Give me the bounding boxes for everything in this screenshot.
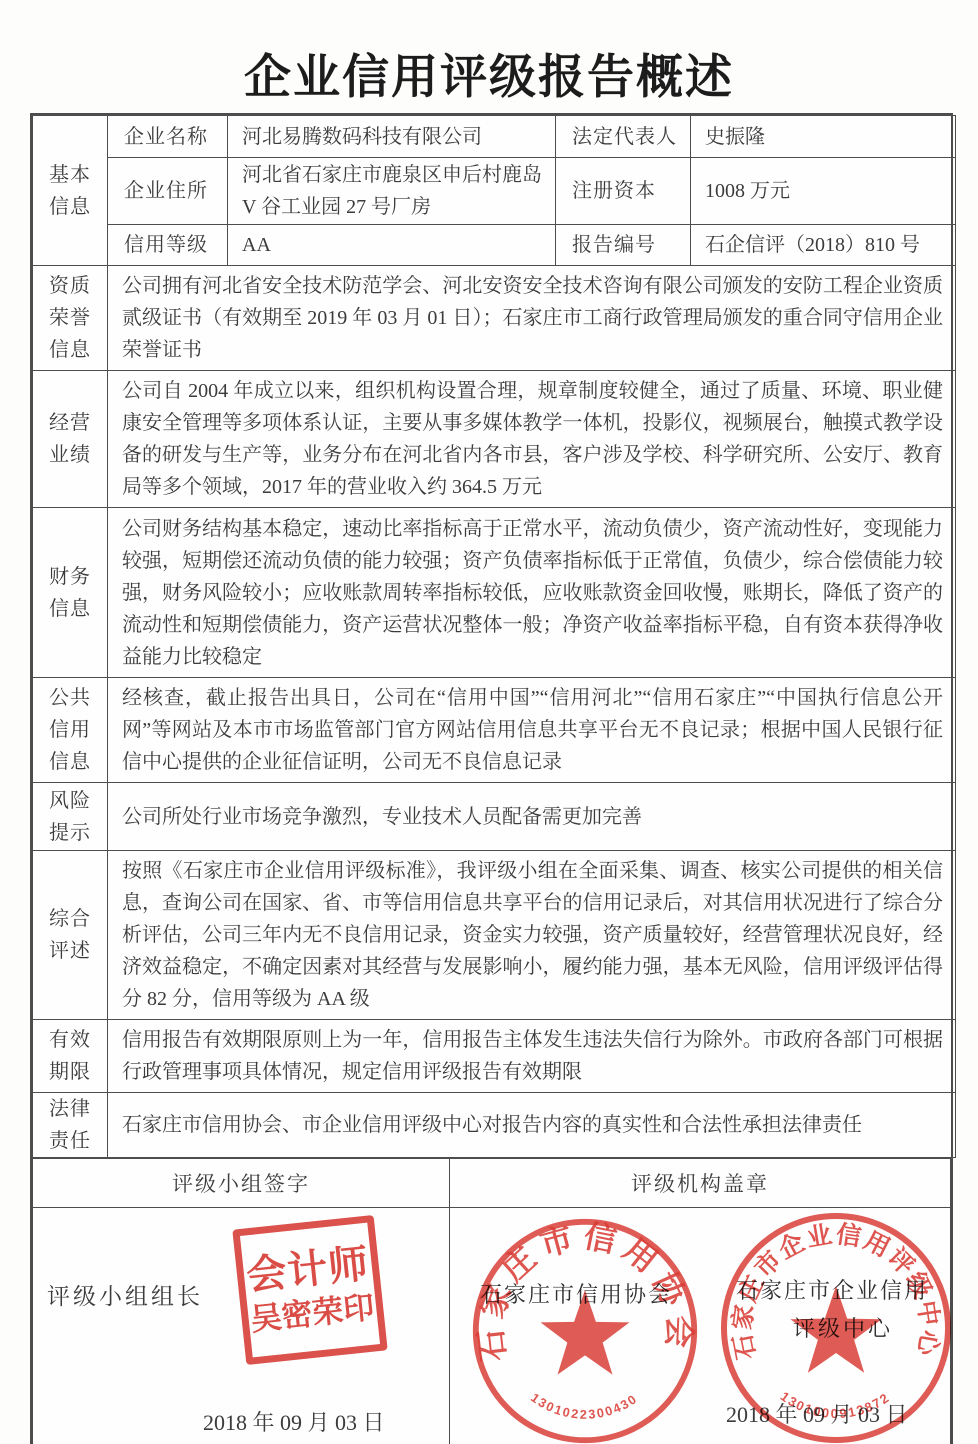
section-label-business-performance: 经营业绩 <box>33 371 108 508</box>
accountant-square-stamp: 会计师 吴密荣印 <box>232 1215 387 1365</box>
section-label-risk-warning: 风险提示 <box>33 783 108 851</box>
table-row: 公共信用信息 经核查，截止报告出具日，公司在“信用中国”“信用河北”“信用石家庄… <box>33 678 956 783</box>
section-text-business-performance: 公司自 2004 年成立以来，组织机构设置合理，规章制度较健全，通过了质量、环境… <box>108 371 956 508</box>
section-label-public-credit-info: 公共信用信息 <box>33 678 108 783</box>
table-row: 有效期限 信用报告有效期限原则上为一年，信用报告主体发生违法失信行为除外。市政府… <box>33 1020 956 1093</box>
table-row: 企业住所 河北省石家庄市鹿泉区申后村鹿岛 V 谷工业园 27 号厂房 注册资本 … <box>33 158 956 225</box>
section-label-validity-period: 有效期限 <box>33 1020 108 1093</box>
star-icon <box>790 1286 881 1373</box>
section-label-financial-info: 财务信息 <box>33 508 108 678</box>
section-text-financial-info: 公司财务结构基本稳定，速动比率指标高于正常水平，流动负债少，资产流动性好，变现能… <box>108 508 956 678</box>
field-label-company-name: 企业名称 <box>108 116 228 158</box>
section-label-legal-liability: 法律责任 <box>33 1093 108 1158</box>
table-row: 综合评述 按照《石家庄市企业信用评级标准》，我评级小组在全面采集、调查、核实公司… <box>33 851 956 1020</box>
field-value-credit-rating: AA <box>228 225 556 266</box>
report-page: 企业信用评级报告概述 基本信息 企业名称 河北易腾数码科技有限公司 法定代表人 … <box>0 0 978 1444</box>
page-title: 企业信用评级报告概述 <box>0 40 978 107</box>
field-label-legal-representative: 法定代表人 <box>556 116 691 158</box>
table-row: 风险提示 公司所处行业市场竞争激烈，专业技术人员配备需更加完善 <box>33 783 956 851</box>
field-value-company-name: 河北易腾数码科技有限公司 <box>228 116 556 158</box>
field-value-registered-capital: 1008 万元 <box>691 158 956 225</box>
table-row: 财务信息 公司财务结构基本稳定，速动比率指标高于正常水平，流动负债少，资产流动性… <box>33 508 956 678</box>
group-leader-label: 评级小组组长 <box>47 1278 203 1311</box>
signature-header-row: 评级小组签字 评级机构盖章 <box>33 1159 951 1208</box>
section-text-risk-warning: 公司所处行业市场竞争激烈，专业技术人员配备需更加完善 <box>108 783 956 851</box>
signature-body-row: 评级小组组长 会计师 吴密荣印 2018 年 09 月 03 日 石家庄市信用协… <box>33 1208 951 1444</box>
rating-center-seal-icon: 石家庄市企业信用评级中心 1301000913872 <box>716 1208 956 1444</box>
section-text-qualification-honor: 公司拥有河北省安全技术防范学会、河北安资安全技术咨询有限公司颁发的安防工程企业资… <box>108 266 956 371</box>
svg-text:1301022300430: 1301022300430 <box>528 1391 640 1422</box>
table-row: 信用等级 AA 报告编号 石企信评（2018）810 号 <box>33 225 956 266</box>
agency-seal-cell: 石家庄市信用协会 石家庄市企业信用 评级中心 2018 年 09 月 03 日 … <box>450 1208 951 1444</box>
svg-text:1301000913872: 1301000913872 <box>778 1388 893 1421</box>
table-row: 资质荣誉信息 公司拥有河北省安全技术防范学会、河北安资安全技术咨询有限公司颁发的… <box>33 266 956 371</box>
section-text-legal-liability: 石家庄市信用协会、市企业信用评级中心对报告内容的真实性和合法性承担法律责任 <box>108 1093 956 1158</box>
field-label-credit-rating: 信用等级 <box>108 225 228 266</box>
field-value-company-address: 河北省石家庄市鹿泉区申后村鹿岛 V 谷工业园 27 号厂房 <box>228 158 556 225</box>
signature-group-cell: 评级小组组长 会计师 吴密荣印 2018 年 09 月 03 日 <box>33 1208 450 1444</box>
table-row: 基本信息 企业名称 河北易腾数码科技有限公司 法定代表人 史振隆 <box>33 116 956 158</box>
section-text-comprehensive-review: 按照《石家庄市企业信用评级标准》，我评级小组在全面采集、调查、核实公司提供的相关… <box>108 851 956 1020</box>
star-icon <box>541 1290 630 1375</box>
field-label-report-number: 报告编号 <box>556 225 691 266</box>
signature-group-header: 评级小组签字 <box>33 1159 450 1208</box>
credit-association-seal-icon: 石家庄市信用协会 1301022300430 <box>468 1214 702 1444</box>
field-value-legal-representative: 史振隆 <box>691 116 956 158</box>
signature-date-left: 2018 年 09 月 03 日 <box>203 1406 385 1437</box>
section-label-basic-info: 基本信息 <box>33 116 108 266</box>
section-label-comprehensive-review: 综合评述 <box>33 851 108 1020</box>
field-label-company-address: 企业住所 <box>108 158 228 225</box>
section-text-public-credit-info: 经核查，截止报告出具日，公司在“信用中国”“信用河北”“信用石家庄”“中国执行信… <box>108 678 956 783</box>
table-row: 法律责任 石家庄市信用协会、市企业信用评级中心对报告内容的真实性和合法性承担法律… <box>33 1093 956 1158</box>
field-value-report-number: 石企信评（2018）810 号 <box>691 225 956 266</box>
table-row: 经营业绩 公司自 2004 年成立以来，组织机构设置合理，规章制度较健全，通过了… <box>33 371 956 508</box>
field-label-registered-capital: 注册资本 <box>556 158 691 225</box>
section-label-qualification-honor: 资质荣誉信息 <box>33 266 108 371</box>
report-table: 基本信息 企业名称 河北易腾数码科技有限公司 法定代表人 史振隆 企业住所 河北… <box>30 113 953 1444</box>
agency-seal-header: 评级机构盖章 <box>450 1159 951 1208</box>
section-text-validity-period: 信用报告有效期限原则上为一年，信用报告主体发生违法失信行为除外。市政府各部门可根… <box>108 1020 956 1093</box>
